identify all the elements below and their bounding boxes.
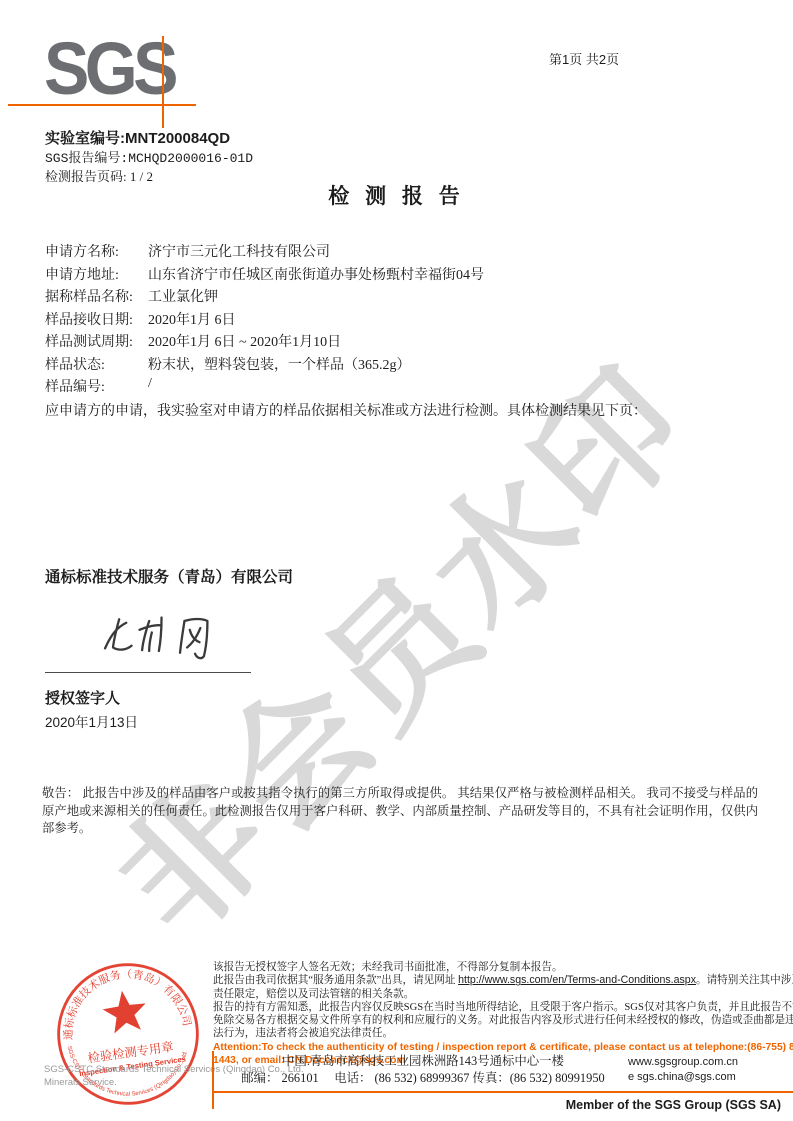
test-statement: 应申请方的申请，我实验室对申请方的样品依据相关标准或方法进行检测。具体检测结果见… bbox=[45, 400, 755, 420]
terms-url: http://www.sgs.com/en/Terms-and-Conditio… bbox=[458, 974, 696, 986]
field-value: 济宁市三元化工科技有限公司 bbox=[148, 241, 745, 261]
field-value: 山东省济宁市任城区南张街道办事处杨甄村幸福街04号 bbox=[148, 264, 745, 284]
lab-number: 实验室编号:MNT200084QD bbox=[45, 127, 230, 148]
logo-crosshair-vertical-line bbox=[162, 36, 164, 128]
legal-line: 法行为，违法者将会被追究法律责任。 bbox=[213, 1027, 793, 1040]
sgs-report-number: SGS报告编号:MCHQD2000016-01D bbox=[45, 147, 253, 166]
footer-web-contact: www.sgsgroup.com.cn e sgs.china@sgs.com bbox=[628, 1055, 738, 1085]
sample-info-fields: 申请方名称: 济宁市三元化工科技有限公司 申请方地址: 山东省济宁市任城区南张街… bbox=[45, 241, 745, 399]
report-page: 非会员水印 SGS 第1页 共2页 实验室编号:MNT200084QD SGS报… bbox=[0, 0, 793, 1121]
field-label: 样品测试周期: bbox=[45, 331, 148, 351]
legal-line: 报告的持有方需知悉，此报告内容仅反映SGS在当时当地所得结论，且受限于客户指示。… bbox=[213, 1001, 793, 1014]
stamp-star-icon bbox=[100, 988, 149, 1035]
legal-line: 免除交易各方根据交易文件所享有的权利和应履行的义务。对此报告内容及形式进行任何未… bbox=[213, 1014, 793, 1027]
legal-line: 此报告由我司依据其“服务通用条款”出具，请见网址 http://www.sgs.… bbox=[213, 974, 793, 987]
legal-line: 责任限定，赔偿以及司法管辖的相关条款。 bbox=[213, 988, 793, 1001]
page-indicator: 第1页 共2页 bbox=[549, 49, 619, 68]
address-line: 中国.青岛市高科技工业园株洲路143号通标中心一楼 bbox=[228, 1053, 618, 1070]
report-title: 检 测 报 告 bbox=[0, 180, 793, 210]
signature-date: 2020年1月13日 bbox=[45, 711, 138, 731]
field-value: 粉末状，塑料袋包装，一个样品（365.2g） bbox=[148, 354, 745, 374]
field-sample-condition: 样品状态: 粉末状，塑料袋包装，一个样品（365.2g） bbox=[45, 354, 745, 377]
footer-address: 中国.青岛市高科技工业园株洲路143号通标中心一楼 邮编： 266101 电话：… bbox=[228, 1053, 618, 1086]
field-label: 样品状态: bbox=[45, 354, 148, 374]
sgs-group-member-line: Member of the SGS Group (SGS SA) bbox=[0, 1098, 781, 1112]
field-sample-number: 样品编号: / bbox=[45, 376, 745, 399]
signature-line bbox=[45, 672, 251, 673]
website-text: www.sgsgroup.com.cn bbox=[628, 1055, 738, 1070]
field-label: 据称样品名称: bbox=[45, 286, 148, 306]
authorized-signer-label: 授权签字人 bbox=[45, 687, 120, 708]
field-applicant-name: 申请方名称: 济宁市三元化工科技有限公司 bbox=[45, 241, 745, 264]
field-label: 样品编号: bbox=[45, 376, 148, 396]
field-label: 样品接收日期: bbox=[45, 309, 148, 329]
address-contact-line: 邮编： 266101 电话： (86 532) 68999367 传真：(86 … bbox=[228, 1070, 618, 1087]
disclaimer-notice: 敬告： 此报告中涉及的样品由客户或按其指令执行的第三方所取得或提供。 其结果仅严… bbox=[42, 785, 758, 838]
sgs-logo: SGS bbox=[44, 34, 174, 104]
field-value: 2020年1月 6日 ~ 2020年1月10日 bbox=[148, 331, 745, 351]
logo-crosshair-horizontal-line bbox=[8, 104, 196, 106]
handwritten-signature bbox=[98, 606, 248, 666]
field-sample-name: 据称样品名称: 工业氯化钾 bbox=[45, 286, 745, 309]
field-label: 申请方地址: bbox=[45, 264, 148, 284]
field-value: 2020年1月 6日 bbox=[148, 309, 745, 329]
inspection-testing-stamp: 通标标准技术服务（青岛）有限公司 SGS-CSTC Standards Tech… bbox=[42, 948, 214, 1120]
field-value: / bbox=[148, 376, 745, 392]
field-test-period: 样品测试周期: 2020年1月 6日 ~ 2020年1月10日 bbox=[45, 331, 745, 354]
field-label: 申请方名称: bbox=[45, 241, 148, 261]
field-applicant-address: 申请方地址: 山东省济宁市任城区南张街道办事处杨甄村幸福街04号 bbox=[45, 264, 745, 287]
footer-orange-horizontal-line bbox=[212, 1091, 793, 1093]
issuing-company-name: 通标标准技术服务（青岛）有限公司 bbox=[45, 565, 293, 587]
footer-legal-text: 该报告无授权签字人签名无效；未经我司书面批准，不得部分复制本报告。 此报告由我司… bbox=[213, 961, 793, 1067]
field-value: 工业氯化钾 bbox=[148, 286, 745, 306]
legal-line: 该报告无授权签字人签名无效；未经我司书面批准，不得部分复制本报告。 bbox=[213, 961, 793, 974]
email-text: e sgs.china@sgs.com bbox=[628, 1070, 738, 1085]
field-receive-date: 样品接收日期: 2020年1月 6日 bbox=[45, 309, 745, 332]
